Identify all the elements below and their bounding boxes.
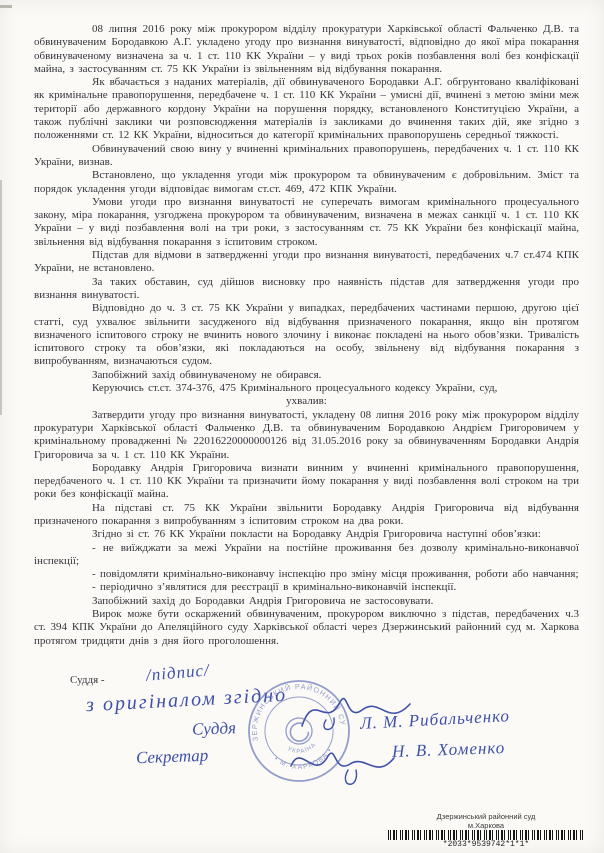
judge-typed-label: Суддя -	[70, 674, 105, 686]
paragraph: Відповідно до ч. 3 ст. 75 КК України у в…	[34, 302, 579, 368]
scan-artifact-left-edge	[0, 180, 2, 415]
paragraph: Затвердити угоду про визнання винуватост…	[34, 409, 579, 462]
paragraph: Підстав для відмови в затвердженні угоди…	[34, 249, 579, 276]
handwritten-judge-label: Суддя	[192, 718, 237, 740]
barcode-city: м.Харкова	[380, 822, 592, 831]
obligation-item: - не виїжджати за межі України на постій…	[34, 542, 579, 569]
handwritten-signature-placeholder: /підпис/	[145, 660, 210, 685]
paragraph: Згідно зі ст. 76 КК України покласти на …	[34, 528, 579, 541]
resolution-heading: ухвалив:	[34, 395, 579, 408]
paragraph: Запобіжний захід обвинуваченому не обира…	[34, 369, 579, 382]
paragraph: На підставі ст. 75 КК України звільнити …	[34, 502, 579, 529]
paragraph: Запобіжний захід до Бородавки Андрія Гри…	[34, 595, 579, 608]
paragraph: Обвинувачений свою вину у вчиненні кримі…	[34, 143, 579, 170]
barcode-code: *2033*9539742*1*1*	[380, 840, 592, 849]
obligation-item: - періодично з’являтися для реєстрації в…	[34, 581, 579, 594]
court-round-stamp: ДЗЕРЖИНСЬКИЙ РАЙОННИЙ СУД • М. ХАРКОВА •…	[238, 670, 361, 793]
paragraph: Умови угоди про визнання винуватості не …	[34, 196, 579, 249]
obligation-item: - повідомляти кримінально-виконавчу інсп…	[34, 568, 579, 581]
paragraph: Вирок може бути оскаржений обвинуваченим…	[34, 608, 579, 648]
scan-artifact-corner	[0, 5, 12, 8]
paragraph: Бородавку Андрія Григоровича визнати вин…	[34, 462, 579, 502]
paragraph: Керуючись ст.ст. 374-376, 475 Кримінальн…	[34, 382, 579, 395]
paragraph: За таких обставин, суд дійшов висновку п…	[34, 276, 579, 303]
court-barcode-block: Дзержинський районний суд м.Харкова *203…	[380, 813, 592, 849]
stamp-center-emblem	[289, 722, 310, 743]
paragraph: Як вбачається з наданих матеріалів, дії …	[34, 76, 579, 142]
barcode-stripes	[388, 830, 584, 840]
paragraph: 08 липня 2016 року між прокурором відділ…	[34, 23, 579, 76]
verdict-text: 08 липня 2016 року між прокурором відділ…	[34, 23, 579, 648]
paragraph: Встановлено, що укладення угоди між прок…	[34, 169, 579, 196]
document-page: 08 липня 2016 року між прокурором відділ…	[0, 0, 604, 853]
handwritten-secretary-name: Н. В. Хоменко	[392, 738, 506, 762]
handwritten-secretary-label: Секретар	[136, 746, 209, 769]
